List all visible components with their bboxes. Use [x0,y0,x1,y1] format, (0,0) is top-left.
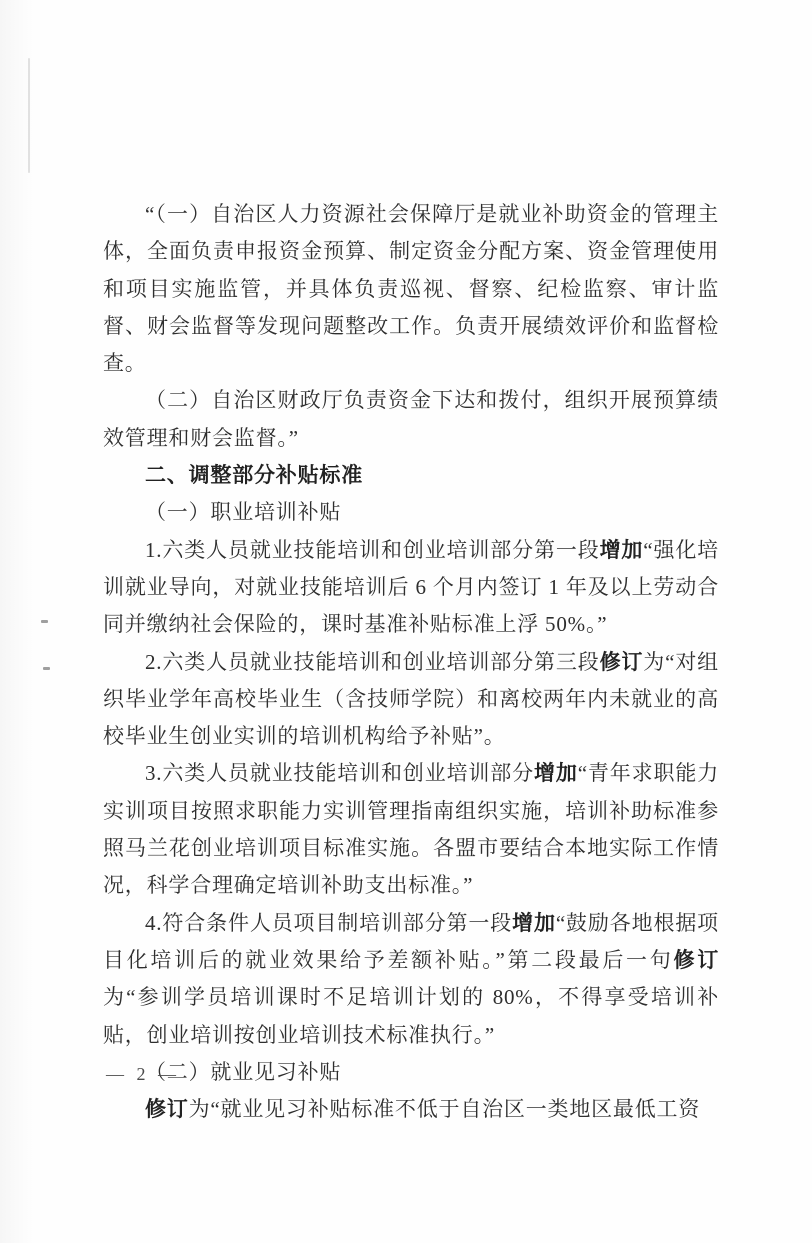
para-1-hr-department-duties: “（一）自治区人力资源社会保障厅是就业补助资金的管理主体，全面负责申报资金预算、… [103,196,719,382]
heading-section-2-adjust-subsidy-standards: 二、调整部分补贴标准 [103,457,719,494]
subheading-1-vocational-training-subsidy: （一）职业培训补贴 [103,494,719,531]
subheading-2-internship-subsidy: （二）就业见习补贴 [103,1054,719,1091]
para-item-4-project-training-add-revise: 4.符合条件人员项目制培训部分第一段增加“鼓励各地根据项目化培训后的就业效果给予… [103,905,719,1054]
body-text: （二）自治区财政厅负责资金下达和拨付，组织开展预算绩效管理和财会监督。” [103,388,719,449]
body-text: 1.六类人员就业技能培训和创业培训部分第一段 [145,538,600,562]
scan-artifact-dash-2 [43,667,50,670]
para-item-1-skills-training-add: 1.六类人员就业技能培训和创业培训部分第一段增加“强化培训就业导向，对就业技能培… [103,532,719,644]
emphasized-edit-term: 增加 [600,539,644,562]
emphasized-edit-term: 二、调整部分补贴标准 [145,464,363,487]
scan-artifact-dash-1 [41,620,48,623]
body-text: （一）职业培训补贴 [145,500,341,524]
para-item-3-youth-employability-add: 3.六类人员就业技能培训和创业培训部分增加“青年求职能力实训项目按照求职能力实训… [103,755,719,904]
emphasized-edit-term: 修订 [145,1098,189,1121]
scanned-document-page: “（一）自治区人力资源社会保障厅是就业补助资金的管理主体，全面负责申报资金预算、… [0,0,812,1243]
body-text: 3.六类人员就业技能培训和创业培训部分 [145,761,534,785]
emphasized-edit-term: 修订 [673,949,719,972]
emphasized-edit-term: 增加 [534,762,578,785]
emphasized-edit-term: 增加 [512,912,556,935]
para-item-2-skills-training-revise: 2.六类人员就业技能培训和创业培训部分第三段修订为“对组织毕业学年高校毕业生（含… [103,644,719,756]
para-2-finance-department-duties: （二）自治区财政厅负责资金下达和拨付，组织开展预算绩效管理和财会监督。” [103,382,719,457]
body-text: “（一）自治区人力资源社会保障厅是就业补助资金的管理主体，全面负责申报资金预算、… [103,202,719,375]
page-number: — 2 — [106,1064,180,1085]
para-internship-revise: 修订为“就业见习补贴标准不低于自治区一类地区最低工资 [103,1091,719,1128]
body-text: 4.符合条件人员项目制培训部分第一段 [145,911,512,935]
body-text: 为“就业见习补贴标准不低于自治区一类地区最低工资 [189,1097,701,1121]
emphasized-edit-term: 修订 [600,651,644,674]
body-text: 为“参训学员培训课时不足培训计划的 80%，不得享受培训补贴，创业培训按创业培训… [103,985,719,1046]
body-text: 2.六类人员就业技能培训和创业培训部分第三段 [145,650,600,674]
document-body: “（一）自治区人力资源社会保障厅是就业补助资金的管理主体，全面负责申报资金预算、… [103,196,719,1128]
scan-artifact-vertical-line [28,58,30,173]
scan-edge-shadow [0,0,34,1243]
